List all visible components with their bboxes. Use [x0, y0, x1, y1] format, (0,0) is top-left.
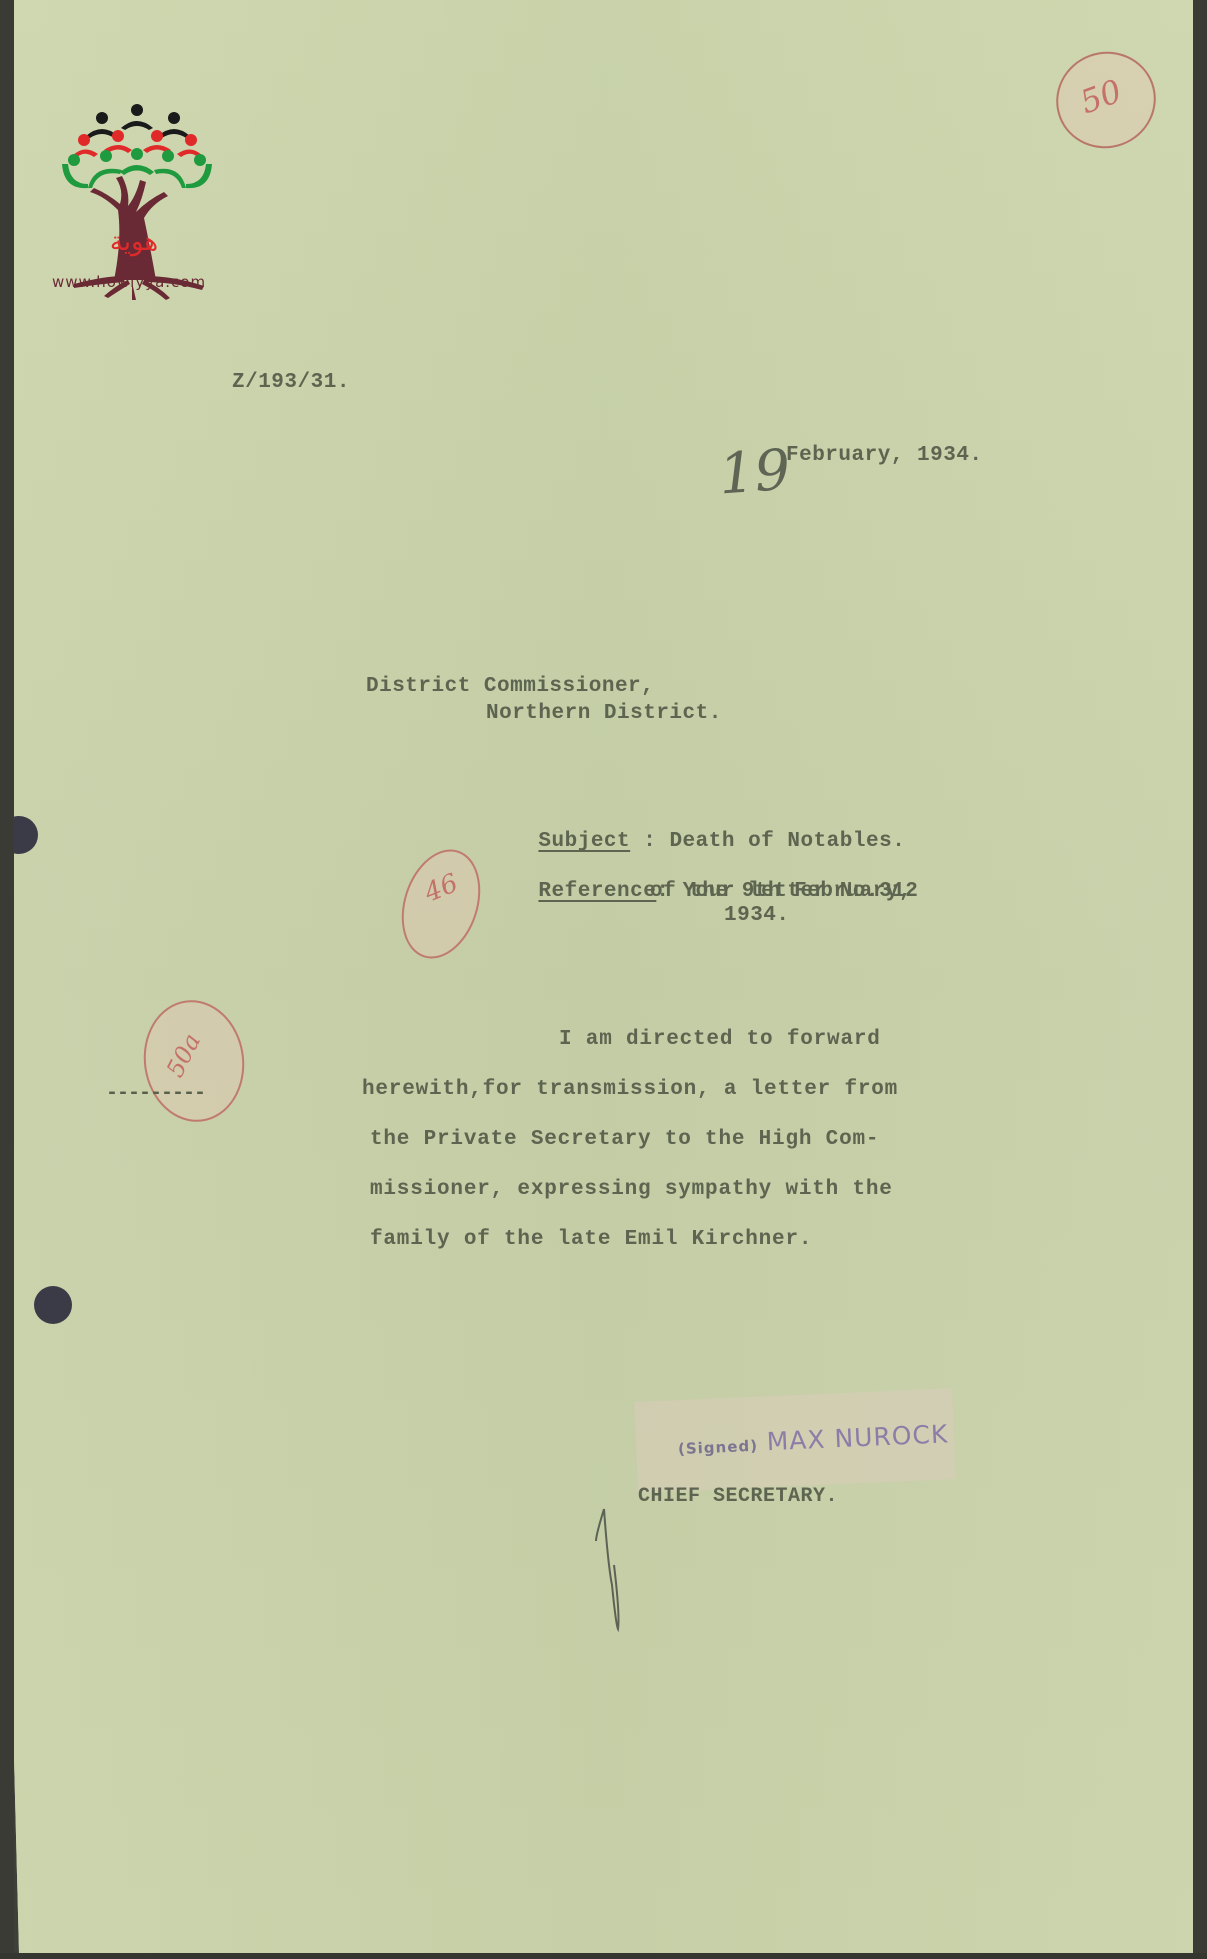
- punch-hole-bottom: [34, 1286, 72, 1324]
- body-line-4: missioner, expressing sympathy with the: [370, 1178, 893, 1201]
- signatory-name: MAX NUROCK: [766, 1419, 949, 1456]
- reference-annotation-46: 46: [389, 839, 494, 968]
- addressee-line-2: Northern District.: [486, 701, 722, 727]
- scan-edge-right: [1193, 0, 1207, 1959]
- body-line-2: herewith,for transmission, a letter from: [362, 1078, 898, 1101]
- watermark-url: www.howiyya.com: [52, 273, 206, 291]
- svg-text:هوية: هوية: [110, 227, 158, 257]
- signed-prefix: (Signed): [678, 1437, 759, 1458]
- body-line-3: the Private Secretary to the High Com-: [370, 1128, 879, 1151]
- page-number-annotation: 50: [1043, 38, 1170, 162]
- subject-label: Subject: [538, 830, 630, 853]
- margin-annotation-50a: 50a: [136, 994, 252, 1129]
- handwritten-day: 19: [717, 438, 793, 508]
- scan-edge-left: [0, 0, 14, 1959]
- signatory-title: CHIEF SECRETARY.: [638, 1484, 838, 1509]
- reference-line-2: of the 9th February,: [650, 879, 912, 905]
- pencil-mark-icon: [590, 1505, 630, 1635]
- document-page: هوية www.howiyya.com 50 Z/193/31. 19 Feb…: [14, 0, 1194, 1953]
- date-typed: February, 1934.: [786, 443, 983, 469]
- body-line-1: I am directed to forward: [559, 1028, 881, 1051]
- margin-dashes: ---------: [106, 1082, 205, 1105]
- subject-value: Death of Notables.: [669, 830, 905, 853]
- signature-stamp: (Signed) MAX NUROCK: [634, 1388, 956, 1493]
- file-reference: Z/193/31.: [232, 370, 350, 396]
- reference-label: Reference: [538, 880, 656, 903]
- scan-edge-bottom: [0, 1953, 1207, 1959]
- addressee-line-1: District Commissioner,: [366, 674, 654, 700]
- howiyya-tree-logo-icon: هوية: [44, 100, 224, 300]
- subject-separator: :: [630, 830, 669, 853]
- body-line-5: family of the late Emil Kirchner.: [370, 1228, 812, 1251]
- reference-line-3: 1934.: [724, 903, 790, 929]
